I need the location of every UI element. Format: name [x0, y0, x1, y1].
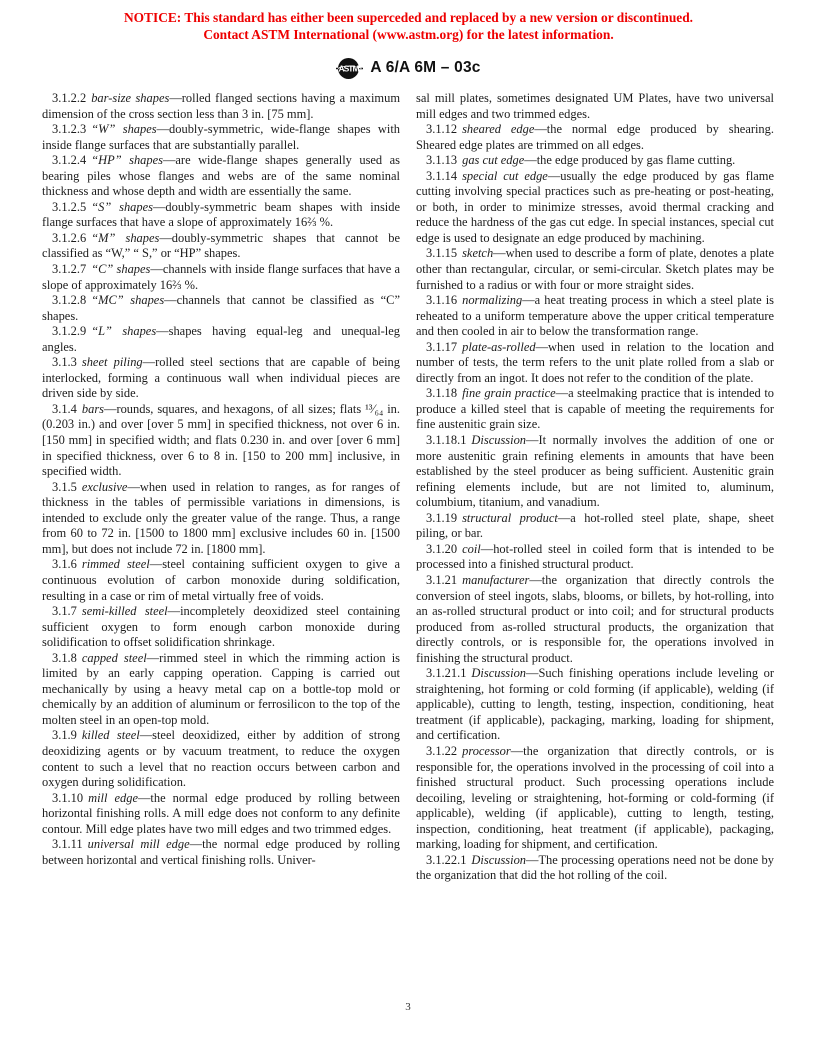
section-number: 3.1.19 — [426, 511, 457, 525]
definition-paragraph: 3.1.16normalizing—a heat treating proces… — [416, 293, 774, 340]
definition-paragraph: 3.1.15sketch—when used to describe a for… — [416, 246, 774, 293]
definition-paragraph: 3.1.5exclusive—when used in relation to … — [42, 480, 400, 558]
definition-text: —The processing operations need not be d… — [416, 853, 774, 883]
section-number: 3.1.2.3 — [52, 122, 86, 136]
definition-paragraph: 3.1.2.8“MC” shapes—channels that cannot … — [42, 293, 400, 324]
definition-paragraph: 3.1.2.7“C” shapes—channels with inside f… — [42, 262, 400, 293]
discussion-paragraph: 3.1.22.1Discussion—The processing operat… — [416, 853, 774, 884]
term: processor — [462, 744, 511, 758]
term: “HP” shapes — [91, 153, 163, 167]
document-code: A 6/A 6M – 03c — [370, 59, 480, 77]
definition-paragraph-continuation: sal mill plates, sometimes designated UM… — [416, 91, 774, 122]
term: special cut edge — [462, 169, 548, 183]
definition-paragraph: 3.1.8capped steel—rimmed steel in which … — [42, 651, 400, 729]
definition-paragraph: 3.1.22processor—the organization that di… — [416, 744, 774, 853]
definition-paragraph: 3.1.2.5“S” shapes—doubly-symmetric beam … — [42, 200, 400, 231]
document-page: NOTICE: This standard has either been su… — [0, 0, 816, 1056]
left-column: 3.1.2.2bar-size shapes—rolled flanged se… — [42, 91, 400, 884]
term: “W” shapes — [91, 122, 156, 136]
term: Discussion — [471, 853, 526, 867]
section-number: 3.1.22.1 — [426, 853, 466, 867]
definition-paragraph: 3.1.17plate-as-rolled—when used in relat… — [416, 340, 774, 387]
section-number: 3.1.5 — [52, 480, 77, 494]
definition-paragraph: 3.1.2.9“L” shapes—shapes having equal-le… — [42, 324, 400, 355]
supersession-notice: NOTICE: This standard has either been su… — [42, 10, 775, 43]
term: “MC” shapes — [91, 293, 164, 307]
definition-paragraph: 3.1.10mill edge—the normal edge produced… — [42, 791, 400, 838]
term: sheet piling — [82, 355, 143, 369]
section-number: 3.1.18 — [426, 386, 457, 400]
page-number: 3 — [0, 1001, 816, 1013]
term: fine grain practice — [462, 386, 556, 400]
definition-paragraph: 3.1.13gas cut edge—the edge produced by … — [416, 153, 774, 169]
section-number: 3.1.21.1 — [426, 666, 466, 680]
term: “C” shapes — [91, 262, 150, 276]
notice-line-1: NOTICE: This standard has either been su… — [42, 10, 775, 27]
definition-paragraph: 3.1.3sheet piling—rolled steel sections … — [42, 355, 400, 402]
section-number: 3.1.18.1 — [426, 433, 466, 447]
definition-text: —It normally involves the addition of on… — [416, 433, 774, 509]
term: “S” shapes — [91, 200, 153, 214]
definition-text: —Such finishing operations include level… — [416, 666, 774, 742]
definition-paragraph: 3.1.12sheared edge—the normal edge produ… — [416, 122, 774, 153]
term: bar-size shapes — [91, 91, 169, 105]
section-number: 3.1.2.9 — [52, 324, 86, 338]
definition-paragraph: 3.1.19structural product—a hot-rolled st… — [416, 511, 774, 542]
definition-paragraph: 3.1.2.3“W” shapes—doubly-symmetric, wide… — [42, 122, 400, 153]
term: sheared edge — [462, 122, 534, 136]
section-number: 3.1.10 — [52, 791, 83, 805]
term: exclusive — [82, 480, 128, 494]
definition-paragraph: 3.1.2.2bar-size shapes—rolled flanged se… — [42, 91, 400, 122]
term: manufacturer — [462, 573, 529, 587]
term: Discussion — [471, 433, 526, 447]
section-number: 3.1.14 — [426, 169, 457, 183]
term: gas cut edge — [462, 153, 524, 167]
section-number: 3.1.20 — [426, 542, 457, 556]
section-number: 3.1.2.8 — [52, 293, 86, 307]
section-number: 3.1.2.2 — [52, 91, 86, 105]
section-number: 3.1.16 — [426, 293, 457, 307]
section-number: 3.1.8 — [52, 651, 77, 665]
section-number: 3.1.15 — [426, 246, 457, 260]
section-number: 3.1.2.4 — [52, 153, 86, 167]
term: bars — [82, 402, 104, 416]
document-header: ASTM A 6/A 6M – 03c — [42, 54, 775, 82]
term: plate-as-rolled — [462, 340, 535, 354]
section-number: 3.1.7 — [52, 604, 77, 618]
section-number: 3.1.2.6 — [52, 231, 86, 245]
section-number: 3.1.4 — [52, 402, 77, 416]
term: coil — [462, 542, 481, 556]
definition-paragraph: 3.1.9killed steel—steel deoxidized, eith… — [42, 728, 400, 790]
term: universal mill edge — [88, 837, 190, 851]
term: mill edge — [88, 791, 138, 805]
definition-paragraph: 3.1.11universal mill edge—the normal edg… — [42, 837, 400, 868]
astm-logo-icon: ASTM — [336, 55, 363, 82]
right-column: sal mill plates, sometimes designated UM… — [416, 91, 774, 884]
section-number: 3.1.6 — [52, 557, 77, 571]
definition-text: —the edge produced by gas flame cutting. — [524, 153, 735, 167]
term: normalizing — [462, 293, 522, 307]
term: capped steel — [82, 651, 147, 665]
section-number: 3.1.21 — [426, 573, 457, 587]
definition-paragraph: 3.1.21manufacturer—the organization that… — [416, 573, 774, 666]
section-number: 3.1.22 — [426, 744, 457, 758]
section-number: 3.1.2.5 — [52, 200, 86, 214]
section-number: 3.1.3 — [52, 355, 77, 369]
term: Discussion — [471, 666, 526, 680]
discussion-paragraph: 3.1.21.1Discussion—Such finishing operat… — [416, 666, 774, 744]
term: semi-killed steel — [82, 604, 168, 618]
definition-paragraph: 3.1.14special cut edge—usually the edge … — [416, 169, 774, 247]
section-number: 3.1.11 — [52, 837, 83, 851]
definition-text: sal mill plates, sometimes designated UM… — [416, 91, 774, 121]
term: rimmed steel — [82, 557, 150, 571]
term: structural product — [462, 511, 558, 525]
svg-text:ASTM: ASTM — [339, 63, 360, 73]
term: sketch — [462, 246, 493, 260]
definition-paragraph: 3.1.2.4“HP” shapes—are wide-flange shape… — [42, 153, 400, 200]
definition-text: —the organization that directly controls… — [416, 744, 774, 851]
definition-paragraph: 3.1.4bars—rounds, squares, and hexagons,… — [42, 402, 400, 480]
definition-paragraph: 3.1.2.6“M” shapes—doubly-symmetric shape… — [42, 231, 400, 262]
definition-paragraph: 3.1.7semi-killed steel—incompletely deox… — [42, 604, 400, 651]
definition-paragraph: 3.1.18fine grain practice—a steelmaking … — [416, 386, 774, 433]
two-column-body: 3.1.2.2bar-size shapes—rolled flanged se… — [42, 91, 775, 884]
term: killed steel — [82, 728, 140, 742]
section-number: 3.1.13 — [426, 153, 457, 167]
section-number: 3.1.9 — [52, 728, 77, 742]
section-number: 3.1.12 — [426, 122, 457, 136]
notice-line-2: Contact ASTM International (www.astm.org… — [42, 27, 775, 44]
definition-paragraph: 3.1.6rimmed steel—steel containing suffi… — [42, 557, 400, 604]
definition-paragraph: 3.1.20coil—hot-rolled steel in coiled fo… — [416, 542, 774, 573]
discussion-paragraph: 3.1.18.1Discussion—It normally involves … — [416, 433, 774, 511]
section-number: 3.1.17 — [426, 340, 457, 354]
term: “M” shapes — [91, 231, 159, 245]
term: “L” shapes — [91, 324, 156, 338]
section-number: 3.1.2.7 — [52, 262, 86, 276]
